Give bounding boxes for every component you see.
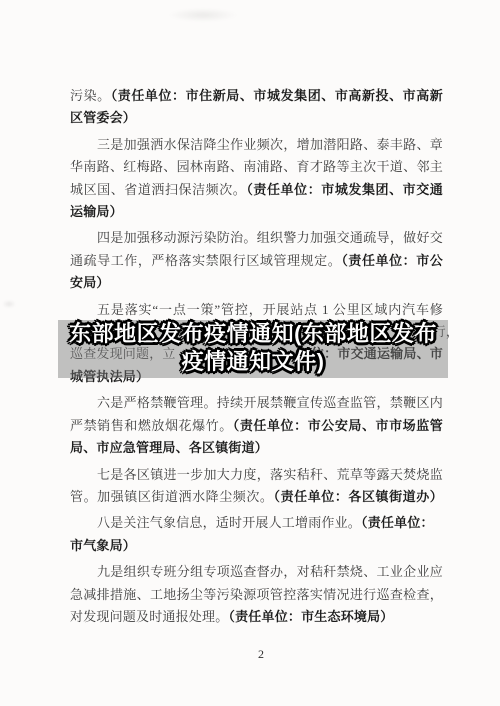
document-line: 严禁销售和燃放烟花爆竹。（责任单位：市公安局、市市场监管 [70,415,443,437]
document-line: 五是落实“一点一策”管控，开展站点 1 公里区域内汽车修 [70,299,443,321]
document-line: 七是各区镇进一步加大力度，落实秸秆、荒草等露天焚烧监 [70,464,443,486]
responsible-unit-text: 局、市应急管理局、各区镇街道） [70,440,268,455]
document-line: 运输局） [70,201,443,223]
document-line: 通疏导工作，严格落实禁限行区域管理规定。（责任单位：市公 [70,250,443,272]
responsible-unit-text: （责任单位：各区镇街道办） [274,489,444,504]
document-line: 城区国、省道洒扫保洁频次。（责任单位：市城发集团、市交通 [70,179,443,201]
document-line: 华南路、红梅路、园林南路、南浦路、育才路等主次干道、邻主 [70,156,443,178]
responsible-unit-text: （责任单位： [361,515,434,530]
scanned-document-page: 污染。（责任单位：市住新局、市城发集团、市高新投、市高新区管委会）三是加强洒水保… [0,0,500,706]
document-line: 四是加强移动源污染防治。组织警力加强交通疏导，做好交 [70,227,443,249]
body-text: 急减排措施、工地扬尘等污染源项管控落实情况进行巡查检查， [70,587,443,602]
body-text: 五是落实“一点一策”管控，开展站点 1 公里区域内汽车修 [97,302,443,317]
body-text: 通疏导工作，严格落实禁限行区域管理规定。 [70,253,341,268]
overlay-title-line2: 疫情通知文件) [58,348,448,376]
document-line: 对发现问题及时通报处理。（责任单位：市生态环境局） [70,606,443,628]
body-text: 污染。 [70,88,111,103]
responsible-unit-text: （责任单位：市生态环境局） [228,609,393,624]
screenshot-root: { "page": { "number": "2", "background":… [0,0,500,706]
document-line: 安局） [70,272,443,294]
responsible-unit-text: （责任单位：市公安局、市市场监管 [233,418,443,433]
body-text: 华南路、红梅路、园林南路、南浦路、育才路等主次干道、邻主 [70,159,443,174]
responsible-unit-text: 区管委会） [70,110,136,125]
responsible-unit-text: 市气象局） [70,538,136,553]
document-line: 急减排措施、工地扬尘等污染源项管控落实情况进行巡查检查， [70,584,443,606]
document-line: 八是关注气象信息，适时开展人工增雨作业。（责任单位： [70,512,443,534]
document-line: 市气象局） [70,535,443,557]
body-text: 四是加强移动源污染防治。组织警力加强交通疏导，做好交 [97,230,443,245]
page-number: 2 [11,647,500,662]
body-text: 六是严格禁鞭管理。持续开展禁鞭宣传巡查监管，禁鞭区内 [97,395,443,410]
body-text: 三是加强洒水保洁降尘作业频次，增加潜阳路、泰丰路、章 [97,137,443,152]
body-text: 管。加强镇区街道洒水降尘频次。 [70,489,274,504]
body-text: 严禁销售和燃放烟花爆竹。 [70,418,233,433]
document-line: 三是加强洒水保洁降尘作业频次，增加潜阳路、泰丰路、章 [70,134,443,156]
document-line: 局、市应急管理局、各区镇街道） [70,437,443,459]
body-text: 八是关注气象信息，适时开展人工增雨作业。 [97,515,361,530]
responsible-unit-text: 安局） [70,275,110,290]
body-text: 九是组织专班分组专项巡查督办，对秸秆禁烧、工业企业应 [97,564,443,579]
document-line: 九是组织专班分组专项巡查督办，对秸秆禁烧、工业企业应 [70,561,443,583]
body-text: 城区国、省道洒扫保洁频次。 [70,182,246,197]
document-line: 污染。（责任单位：市住新局、市城发集团、市高新投、市高新 [70,85,443,107]
document-body: 污染。（责任单位：市住新局、市城发集团、市高新投、市高新区管委会）三是加强洒水保… [0,0,500,628]
title-overlay-banner: 东部地区发布疫情通知(东部地区发布 疫情通知文件) [58,320,448,378]
body-text: 七是各区镇进一步加大力度，落实秸秆、荒草等露天焚烧监 [97,467,443,482]
document-line: 六是严格禁鞭管理。持续开展禁鞭宣传巡查监管，禁鞭区内 [70,392,443,414]
document-line: 管。加强镇区街道洒水降尘频次。（责任单位：各区镇街道办） [70,486,443,508]
overlay-title-line1: 东部地区发布疫情通知(东部地区发布 [58,320,448,348]
responsible-unit-text: （责任单位：市公 [341,253,443,268]
body-text: 对发现问题及时通报处理。 [70,609,228,624]
responsible-unit-text: （责任单位：市住新局、市城发集团、市高新投、市高新 [111,88,443,103]
document-line: 区管委会） [70,107,443,129]
responsible-unit-text: 运输局） [70,204,123,219]
responsible-unit-text: （责任单位：市城发集团、市交通 [246,182,443,197]
